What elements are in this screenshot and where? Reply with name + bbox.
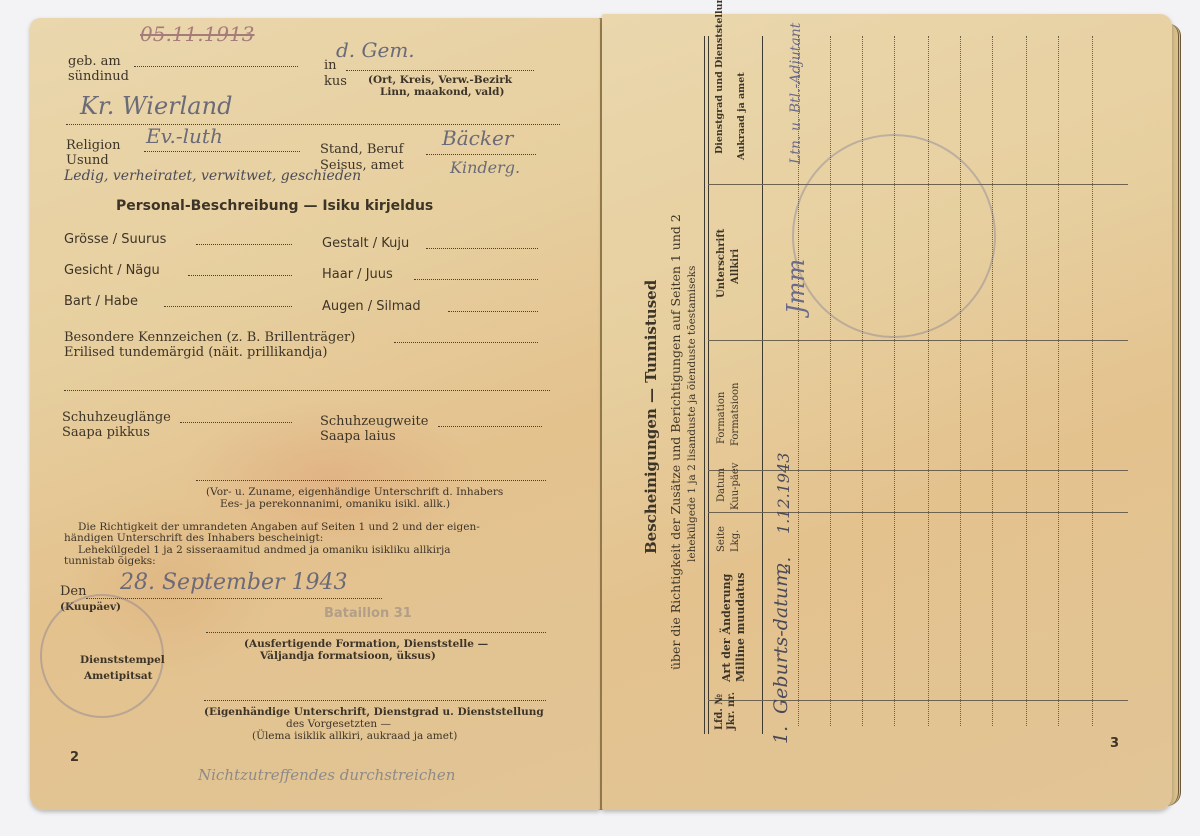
formation-line [206,632,546,633]
column-rule [862,36,863,726]
entry-rank: Ltn. u. Btl.-Adjutant [788,23,804,164]
formation-caption-2: Väljandja formatsioon, üksus) [260,650,436,662]
certification-line-4: tunnistab õigeks: [64,555,156,567]
district-value: Kr. Wierland [80,92,232,120]
entry-change: Geburts-datum. [770,563,792,714]
birth-label-et: sündinud [68,69,129,84]
title: Bescheinigungen — Tunnistused [642,280,660,554]
place-hint: (Ort, Kreis, Verw.-Bezirk [368,74,512,86]
footnote: Nichtzutreffendes durchstreichen [198,766,455,784]
place-line [346,70,534,71]
entry-page: 2. [774,557,795,574]
religion-line [144,151,300,152]
subtitle-de: über die Richtigkeit der Zusätze und Ber… [668,214,683,670]
entry-signature: Jmm [782,259,810,314]
col-header-change-et: Milline muudatus [734,573,747,682]
superior-caption-2: des Vorgesetzten — [286,718,391,730]
column-rule [992,36,993,726]
row-divider [708,512,1128,513]
column-rule [1058,36,1059,726]
religion-value: Ev.-luth [146,124,223,148]
column-rule [894,36,895,726]
entry-date: 1.12.1943 [774,453,793,534]
entry-no: 1. [770,726,792,744]
col-header-page-de: Seite [716,526,727,552]
special-marks-label-de: Besondere Kennzeichen (z. B. Brillenträg… [64,330,355,345]
section-title: Personal-Beschreibung — Isiku kirjeldus [116,199,433,214]
shoe-width-label-et: Saapa laius [320,429,396,444]
superior-caption-1: (Eigenhändige Unterschrift, Dienstgrad u… [204,706,544,718]
col-header-rank-et: Aukraad ja amet [736,72,747,160]
profession-value: Bäcker [442,126,513,150]
shoe-width-label-de: Schuhzeugweite [320,414,428,429]
subtitle-et: lehekülgede 1 ja 2 lisanduste ja õiendus… [686,266,698,562]
religion-label-de: Religion [66,138,120,153]
hair-line [414,279,538,280]
row-divider [708,470,1128,471]
col-header-no-de: Lfd. № [714,694,725,730]
hair-label: Haar / Juus [322,267,393,282]
certification-line-2: händigen Unterschrift des Inhabers besch… [64,532,323,544]
col-header-rank-de: Dienstgrad und Dienststellung [714,0,725,154]
col-header-formation-de: Formation [716,392,727,444]
face-line [188,275,292,276]
col-header-change-de: Art der Änderung [720,574,733,682]
stamp-label-de: Dienststempel [80,654,165,666]
row-divider [708,184,1128,185]
formation-caption-1: (Ausfertigende Formation, Dienststelle — [244,638,488,650]
birth-label-de: geb. am [68,54,121,69]
row-divider [708,340,1128,341]
column-rule [928,36,929,726]
face-label: Gesicht / Nägu [64,263,160,278]
district-line [66,124,560,125]
birth-date-value: 05.11.1913 [140,22,255,46]
special-marks-line-2 [64,390,550,391]
superior-caption-3: (Ülema isiklik allkiri, aukraad ja amet) [252,730,457,742]
column-rule [830,36,831,726]
place-label-de: in [324,58,337,73]
col-header-signature-et: Allkiri [730,249,741,284]
profession-line [426,154,536,155]
stamp-text: Bataillon 31 [324,606,412,621]
table-border-left [704,36,705,734]
left-page: 05.11.1913 geb. am sündinud in d. Gem. k… [30,18,600,810]
place-label-et: kus [324,74,347,89]
col-header-formation-et: Formatsioon [730,383,741,446]
height-line [196,244,292,245]
table-header-divider [762,36,763,734]
place-hint-et: Linn, maakond, vald) [380,86,504,98]
eyes-label: Augen / Silmad [322,299,421,314]
special-marks-line [394,342,538,343]
right-page: Bescheinigungen — Tunnistused über die R… [602,14,1172,810]
shoe-length-line [180,422,292,423]
profession-label-de: Stand, Beruf [320,142,403,157]
col-header-signature-de: Unterschrift [716,229,727,298]
date-value: 28. September 1943 [120,570,347,595]
beard-label: Bart / Habe [64,294,138,309]
table-border-left-inner [708,36,709,734]
shoe-length-label-et: Saapa pikkus [62,425,150,440]
build-line [426,248,538,249]
column-rule [1092,36,1093,726]
shoe-width-line [438,426,542,427]
eyes-line [448,311,538,312]
signature-line [196,480,546,481]
signature-caption-1: (Vor- u. Zuname, eigenhändige Unterschri… [206,486,503,498]
marital-value: Kinderg. [450,158,520,177]
beard-line [164,306,292,307]
shoe-length-label-de: Schuhzeuglänge [62,410,171,425]
height-label: Grösse / Suurus [64,232,166,247]
marital-status-options: Ledig, verheiratet, verwitwet, geschiede… [64,168,361,184]
place-value: d. Gem. [336,38,415,62]
col-header-date-de: Datum [716,468,727,502]
column-rule [960,36,961,726]
date-line [86,598,382,599]
column-rule [1026,36,1027,726]
col-header-date-et: Kuu-päev [730,463,741,510]
birth-date-line [134,66,298,67]
religion-label-et: Usund [66,153,109,168]
col-header-page-et: Lkg. [730,530,741,552]
stamp-label-et: Ametipitsat [84,670,153,682]
page-number-left: 2 [70,750,79,765]
build-label: Gestalt / Kuju [322,236,409,251]
page-number-right: 3 [1110,736,1119,751]
special-marks-label-et: Erilised tundemärgid (näit. prillikandja… [64,345,327,360]
signature-caption-2: Ees- ja perekonnanimi, omaniku isikl. al… [220,498,450,510]
col-header-no-et: Jkr. nr. [726,692,737,730]
superior-signature-line [204,700,546,701]
